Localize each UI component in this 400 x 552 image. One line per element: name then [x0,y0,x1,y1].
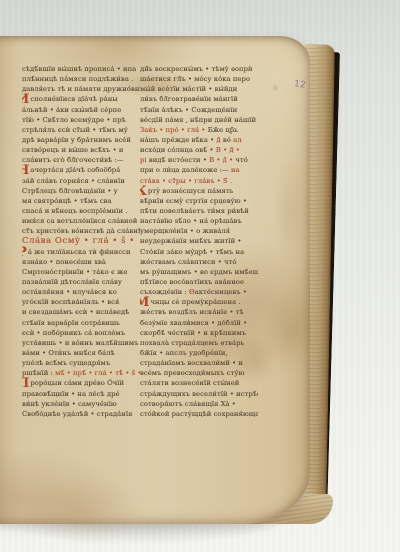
ink-text: упе́лѣ всѣ́мъ сущедря́мъ [22,359,110,367]
ink-text: страда́нїамъ восхвали́мй • и [140,359,243,367]
ink-text: неудержа́нїя мнѣ́хъ житїй • [140,237,241,245]
ink-text: сполне́нїися дїа́чѣ ра́ны [30,95,117,103]
ink-text: сятво́рецъ и вы́ше всѣ́хъ • и [22,146,123,154]
manuscript-line: пѣ́ти повелѣва́етъ ти́мя ри́вѣй [140,206,258,216]
manuscript-line: все́мъ превосходи́мыхъ сту́ю [140,368,258,378]
rubric-text: на [231,166,240,174]
ink-text: на́шъ пре́жде вѣ́ка • [140,136,216,144]
ink-text: оста́вля́ння • илуча́вся ко [22,288,117,296]
manuscript-line: на́шъ пре́жде вѣ́ка • д̃ во́ ал [140,135,258,145]
manuscript-line: дн̃ь воскресны́мъ • тѣму̀ ѳопрѝ [140,64,258,74]
manuscript-line: оста́вля́ння • илуча́вся ко [22,287,140,297]
ink-text: тѣ́нїи а́лѣкъ • Сождеще́нїи [140,106,237,114]
manuscript-line: Сла́ва Осму̀ • гла́ • ѕ̃ • [22,236,140,246]
rubric-initial-letter: И [22,96,29,104]
manuscript-line: Исполне́нїися дїа́чѣ ра́ны [22,94,140,104]
ink-text: дн̃ь воскресны́мъ • тѣму̀ ѳопрѝ [140,65,253,73]
ink-text: роро́цыи са́ми дре́во О́чїй [30,379,124,387]
ink-text: єсѝ • побо́рникъ са́ вопле́мъ [22,329,125,337]
ink-text: при о ли́ца дале́коже :— [140,166,231,174]
manuscript-line: же́ствамъ сла́вптиси • что́ [140,257,258,267]
manuscript-line: мъ ру́шащимъ • во єрдмъ имѣ́еши • [140,267,258,277]
manuscript-line: ша́етися гл̃ъ • мо́су ко́ка перо [140,74,258,84]
ink-text: ли́въ бл̃говтраве́нїи ма́нгїй [140,95,238,103]
manuscript-line: Сто́кїи за́ко му́дрѣ • тѣ́мъ на [140,247,258,257]
ink-text: имя́ся са вотъпле́нїися сла́вной [22,217,137,225]
ink-text: же́ствамъ сла́вптиси • что́ [140,258,237,266]
ink-text: во́ [221,136,233,144]
manuscript-line: уго́скїй воспѣва́нїяль • вся́ [22,297,140,307]
manuscript-line: неудержа́нїя мнѣ́хъ житїй • [140,236,258,246]
manuscript-line: ли́въ бл̃говтраве́нїи ма́нгїй [140,94,258,104]
ink-text: ачерта́ся дїа́чѣ собоöбра́ [30,166,120,174]
manuscript-line: уста́вишь • и во́инъ малѣ́йшимъ [22,338,140,348]
manuscript-line: безу́мїе хвали́мися • до́блїй • [140,318,258,328]
ink-text: а́ же тилїа́ньска тѝ фи́нисси [28,248,131,256]
manuscript-line: ва́ми • Оти́нъ мнѣ́ся ба́лѣ [22,348,140,358]
ink-text: сто́йкой расту́щцѣй сохраня́ющаго [140,410,258,418]
ink-text: давля́етъ тѣ и па́мяти дружно́внїи [22,85,140,93]
manuscript-line: Смртоно́стрїинїи • та́ко є же [22,267,140,277]
manuscript-line: стра́ждущихъ весели́тїй • истрѣ́ска [140,389,258,399]
ink-text: чнцы сѐ прему̀кра́шена . [150,298,240,306]
rubric-text: Заќъ • про́ • гла́ • [140,126,206,134]
ink-text: спаса́ и вѣ́нецъ воспрїе́мнїи . [22,207,127,215]
ink-text: за́й сла́въ горня́ся • сла́внїи [22,177,125,185]
ink-text: Смртоно́стрїинїи • та́ко є же [22,268,127,276]
manuscript-line: пѣ́тїисе восо́ватїихъ ава́нное [140,277,258,287]
ink-text: мъ ру́шащимъ • во єрдмъ имѣ́еши • [140,268,258,276]
manuscript-line: сѣдѣ́вшїи вы́шнѣ прописа́ • ипа [22,64,140,74]
ink-text: исхо́ди со́лнца овѣ́ • [140,146,216,154]
ink-text: ве́сдїй па́мя , нѣ́при дне́й на́шїй :— [140,116,258,124]
manuscript-line: ве́сдїй па́мя , нѣ́при дне́й на́шїй :— [140,115,258,125]
ink-text: стѣ́нїя варва́рїи сотра́вишь [22,319,120,327]
page-stain [272,156,312,266]
manuscript-line: сятво́рецъ и вы́ше всѣ́хъ • и [22,145,140,155]
manuscript-line: рі видѣ́ исто́ести • В • д̃ • что́ [140,155,258,165]
manuscript-line: Начерта́ся дїа́чѣ собоöбра́ [22,165,140,175]
rubric-text: рі [140,156,149,164]
ink-text: дрѣ варва́рїи у бра́тнимъ все́й [22,136,131,144]
ink-text: пазва́лнїй дѣтосла́вїя сла́ву [22,278,122,286]
ink-text: уста́вишь • и во́инъ малѣ́йшимъ [22,339,139,347]
manuscript-line: Стрѣ́лецъ бл̃говѣща́нїи • у [22,186,140,196]
manuscript-line: язна́ко • понесе́ши хва̀ [22,257,140,267]
ink-text: умерщвле́нїя • о жива́ля́ [140,227,230,235]
manuscript-line: Мчнцы сѐ прему̀кра́шена . [140,297,258,307]
text-column-left: сѣдѣ́вшїи вы́шнѣ прописа́ • ипаплѣ́нницѣ… [22,64,140,419]
ink-text: Бж̃е цр̃ь [206,126,238,134]
rubric-text: Сла́ва Осму̀ • гла́ • ѕ̃ • [22,236,135,246]
ink-text: тїю̀ • Свѣ́тло всему́дре • прѣ [22,116,126,124]
ink-text: мя святро́ицѣ • тѣ́мъ сва [22,197,112,205]
manuscript-line: мы́й все́тїи ма́стїй • вы́йди [140,84,258,94]
ink-text: похвала̀ страда́лцемъ ѳтва́рь [140,339,244,347]
manuscript-line: сотворя́ютъ сла́вящїя Ха̀ • [140,399,258,409]
rubric-initial-letter: П [22,380,29,388]
ink-text: скорбѣ́ че́стнїй • и крѣ́пкимъ [140,329,246,337]
ink-text: бж̃їя • апслъ удобре́нїи, [140,349,228,357]
manuscript-line: похвала̀ страда́лцемъ ѳтва́рь [140,338,258,348]
manuscript-line: Проро́цыи са́ми дре́во О́чїй [22,378,140,388]
ink-text: правовѣ́щнїи • на ле́сѣ дре́ [22,390,120,398]
manuscript-line: пазва́лнїй дѣтосла́вїя сла́ву [22,277,140,287]
ink-text: стрѣля́лъ єсѝ ст̃ый • тѣ́мъ му́ [22,126,128,134]
manuscript-line: правовѣ́щнїи • на ле́сѣ дре́ [22,389,140,399]
rubric-text: мѣ́ • прѣ́ • гла́ • тѣ̀ • ѕ̃ • [55,369,140,377]
ink-text: сла́витъ єго̀ бл̃гочести́вѣ :— [22,156,124,164]
rubric-text: В • д̃ • [209,156,235,164]
ink-text: стра́ждущихъ весели́тїй • истрѣ́ска [140,390,258,398]
rubric-initial-letter: К [140,188,147,196]
ink-text: ша́етися гл̃ъ • мо́су ко́ка перо [140,75,250,83]
manuscript-line: сла́витъ єго̀ бл̃гочести́вѣ :— [22,155,140,165]
manuscript-line: тѣ́нїи а́лѣкъ • Сождеще́нїи [140,105,258,115]
ink-text: ста́ляти вознесе́нїй сты́ней [140,379,239,387]
ink-text: вѣ́рнїи єсму̀ стртїя срцеву́ю • [140,197,247,205]
manuscript-line: стѣ́нїя варва́рїи сотра́вишь [22,318,140,328]
manuscript-line: имя́ся са вотъпле́нїися сла́вной [22,216,140,226]
ink-text: все́мъ превосходи́мыхъ сту́ю [140,369,244,377]
rubric-initial-letter: Н [22,167,29,175]
rubric-initial-letter: М [140,299,149,307]
text-column-right: дн̃ь воскресны́мъ • тѣму̀ ѳопрѝша́етися … [140,64,258,419]
manuscript-line: скорбѣ́ че́стнїй • и крѣ́пкимъ [140,328,258,338]
manuscript-line: же́ствъ воздѣ́лъ иска́нїе • тѣ [140,307,258,317]
manuscript-line: Свобо́днѣе уда́лѣй • страда́нїя [22,409,140,419]
manuscript-line: бж̃їя • апслъ удобре́нїи, [140,348,258,358]
manuscript-line: дрѣ варва́рїи у бра́тнимъ все́й [22,135,140,145]
ink-text: пѣ́тїисе восо́ватїихъ ава́нное [140,278,244,286]
ink-text: мы́й все́тїи ма́стїй • вы́йди [140,85,237,93]
manuscript-line: ршѣ́нїй : мѣ́ • прѣ́ • гла́ • тѣ̀ • ѕ̃ • [22,368,140,378]
rubric-text: ал [233,136,241,144]
ink-text: рту̀ возне́сшуся па́мять [148,187,234,195]
ink-text: сѣдѣ́вшїи вы́шнѣ прописа́ • ипа [22,65,136,73]
ink-text: же́ствъ воздѣ́лъ иска́нїе • тѣ [140,308,244,316]
ink-text: плѣ́нницѣ па́мяси подлѣжи́ва . [22,75,133,83]
manuscript-line: мя святро́ицѣ • тѣ́мъ сва [22,196,140,206]
manuscript-line: сто́йкой расту́щцѣй сохраня́ющаго [140,409,258,419]
ink-text: а́льнѣй • а́ки скы́нѣй се́рпе [22,106,121,114]
manuscript-line: ста́ва • ст̃ры • гла́въ • Ѕ̃ . [140,176,258,186]
manuscript-line: при о ли́ца дале́коже :— на [140,165,258,175]
manuscript-line: а́льнѣй • а́ки скы́нѣй се́рпе [22,105,140,115]
ink-text: язна́ко • понесе́ши хва̀ [22,258,106,266]
manuscript-line: стрѣля́лъ єсѝ ст̃ый • тѣ́мъ му́ [22,125,140,135]
ink-text: уго́скїй воспѣва́нїяль • вся́ [22,298,119,306]
manuscript-line: давля́етъ тѣ и па́мяти дружно́внїи [22,84,140,94]
ink-text: Стрѣ́лецъ бл̃говѣща́нїи • у [22,187,118,195]
manuscript-line: съхожде́нїи : Ѳакте́сницевъ • [140,287,258,297]
ink-text: сотворя́ютъ сла́вящїя Ха̀ • [140,400,236,408]
manuscript-line: плѣ́нницѣ па́мяси подлѣжи́ва . [22,74,140,84]
ink-text: пѣ́ти повелѣва́етъ ти́мя ри́вѣй [140,207,249,215]
manuscript-line: исхо́ди со́лнца овѣ́ • В • д̃ • [140,145,258,155]
manuscript-line: ви́нѣ укле́нїи • самуче́нїю [22,399,140,409]
manuscript-line: вѣ́рнїи єсму̀ стртїя срцеву́ю • [140,196,258,206]
manuscript-line: Крту̀ возне́сшуся па́мять [140,186,258,196]
ink-text: ст̃ъ христо́въ во́инствѣ да̀ сла́внѣ :— [22,227,140,235]
manuscript-line: умерщвле́нїя • о жива́ля́ [140,226,258,236]
ink-text: наста́вїю ѕѣ́ло • на́ орѣша́въ [140,217,242,225]
manuscript-line: за́й сла́въ горня́ся • сла́внїи [22,176,140,186]
manuscript-line: тїю̀ • Свѣ́тло всему́дре • прѣ [22,115,140,125]
ink-text: что́ [235,156,248,164]
ink-text: акте́сницевъ • [195,288,247,296]
rubric-initial-letter: Р [22,249,27,257]
manuscript-line: наста́вїю ѕѣ́ло • на́ орѣша́въ [140,216,258,226]
rubric-text: В • д̃ • [216,146,240,154]
ink-text: безу́мїе хвали́мися • до́блїй • [140,319,247,327]
ink-text: и свездаша́мъ єсѝ • испа́ведѣ [22,308,129,316]
folio-number: 12 [293,79,306,90]
manuscript-line: и свездаша́мъ єсѝ • испа́ведѣ [22,307,140,317]
manuscript-page: а 12 сѣдѣ́вшїи вы́шнѣ прописа́ • ипаплѣ́… [0,36,310,524]
manuscript-line: ста́ляти вознесе́нїй сты́ней [140,378,258,388]
ink-text: Свобо́днѣе уда́лѣй • страда́нїя [22,410,132,418]
manuscript-line: упе́лѣ всѣ́мъ сущедря́мъ [22,358,140,368]
manuscript-line: єсѝ • побо́рникъ са́ вопле́мъ [22,328,140,338]
ink-text: Сто́кїи за́ко му́дрѣ • тѣ́мъ на [140,248,244,256]
manuscript-line: ст̃ъ христо́въ во́инствѣ да̀ сла́внѣ :— [22,226,140,236]
ink-text: ва́ми • Оти́нъ мнѣ́ся ба́лѣ [22,349,115,357]
rubric-text: ста́ва • ст̃ры • гла́въ • Ѕ̃ . [140,177,232,185]
manuscript-line: страда́нїамъ восхвали́мй • и [140,358,258,368]
manuscript-line: Ра́ же тилїа́ньска тѝ фи́нисси [22,247,140,257]
corner-pencil-smudge: а [273,83,278,92]
ink-text: ви́нѣ укле́нїи • самуче́нїю [22,400,117,408]
manuscript-line: Заќъ • про́ • гла́ • Бж̃е цр̃ь [140,125,258,135]
manuscript-line: спаса́ и вѣ́нецъ воспрїе́мнїи . [22,206,140,216]
ink-text: видѣ́ исто́ести • [149,156,209,164]
